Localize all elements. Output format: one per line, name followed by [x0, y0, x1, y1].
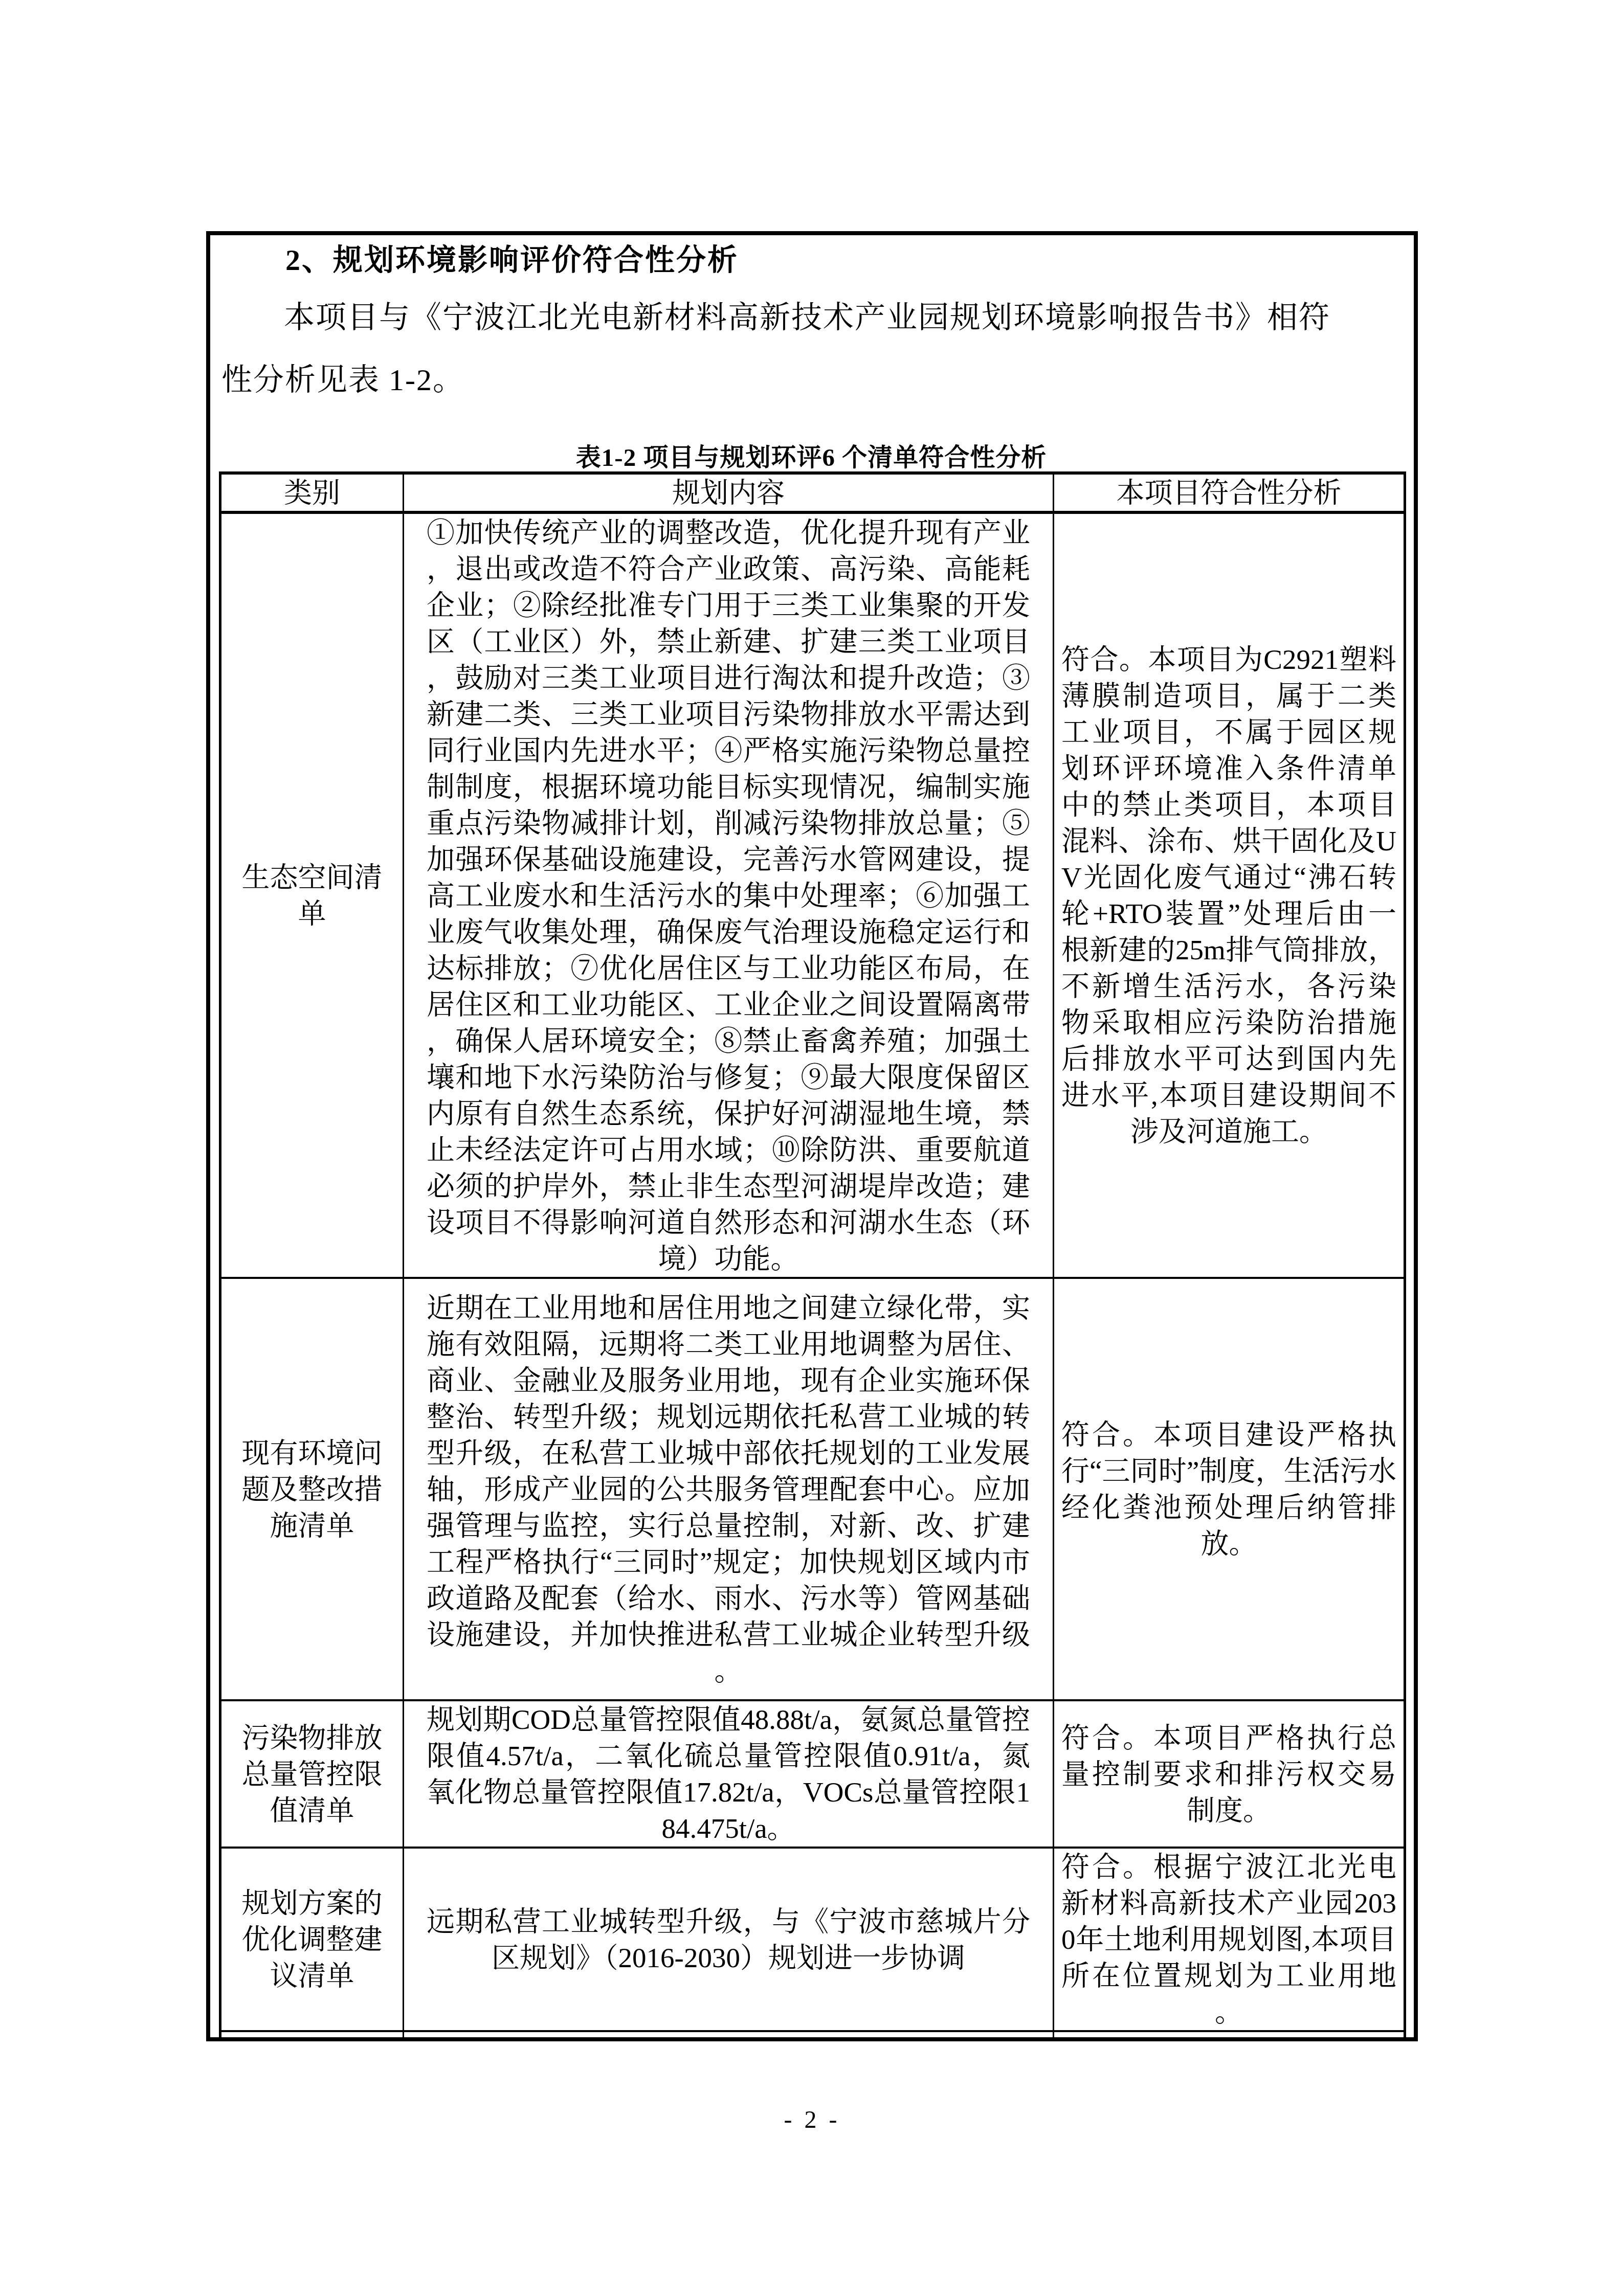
section-heading: 2、规划环境影响评价符合性分析 — [285, 242, 739, 278]
analysis-cell: 符合。根据宁波江北光电新材料高新技术产业园2030年土地利用规划图,本项目所在位… — [1054, 1848, 1405, 2031]
category-cell: 环境准入条 — [220, 2031, 404, 2041]
table-row-total-emission-limits: 污染物排放总量管控限值清单 规划期COD总量管控限值48.88t/a，氨氮总量管… — [220, 1700, 1405, 1848]
planning-content-cell: ①产业一：禁止发展的二类工业项目，包括：27 — [404, 2031, 1054, 2041]
report-page-frame: 2、规划环境影响评价符合性分析 本项目与《宁波江北光电新材料高新技术产业园规划环… — [206, 231, 1418, 2041]
planning-content-cell: 规划期COD总量管控限值48.88t/a，氨氮总量管控限值4.57t/a，二氧化… — [404, 1700, 1054, 1848]
category-cell: 生态空间清单 — [220, 512, 404, 1278]
intro-paragraph-line-2: 性分析见表 1-2。 — [221, 360, 1405, 400]
page-number: - 2 - — [0, 2106, 1624, 2134]
table-row-plan-optimization: 规划方案的优化调整建议清单 远期私营工业城转型升级，与《宁波市慈城片分区规划》（… — [220, 1848, 1405, 2031]
category-cell: 污染物排放总量管控限值清单 — [220, 1700, 404, 1848]
analysis-cell: 符合。本项目建设严格执行“三同时”制度，生活污水经化粪池预处理后纳管排放。 — [1054, 1278, 1405, 1700]
intro-paragraph-line-1: 本项目与《宁波江北光电新材料高新技术产业园规划环境影响报告书》相符 — [221, 298, 1405, 337]
table-row-environmental-access: 环境准入条 ①产业一：禁止发展的二类工业项目，包括：27 符合。本项目为C292… — [220, 2031, 1405, 2041]
header-cell-analysis: 本项目符合性分析 — [1054, 473, 1405, 512]
table-row-existing-problems: 现有环境问题及整改措施清单 近期在工业用地和居住用地之间建立绿化带，实施有效阻隔… — [220, 1278, 1405, 1700]
analysis-cell: 符合。本项目严格执行总量控制要求和排污权交易制度。 — [1054, 1700, 1405, 1848]
header-cell-planning-content: 规划内容 — [404, 473, 1054, 512]
planning-content-cell: 近期在工业用地和居住用地之间建立绿化带，实施有效阻隔，远期将二类工业用地调整为居… — [404, 1278, 1054, 1700]
compliance-analysis-table: 类别 规划内容 本项目符合性分析 生态空间清单 ①加快传统产业的调整改造，优化提… — [219, 471, 1406, 2041]
table-title: 表1-2 项目与规划环评6 个清单符合性分析 — [219, 438, 1404, 474]
planning-content-cell: ①加快传统产业的调整改造，优化提升现有产业，退出或改造不符合产业政策、高污染、高… — [404, 512, 1054, 1278]
table-header-row: 类别 规划内容 本项目符合性分析 — [220, 473, 1405, 512]
analysis-cell: 符合。本项目为C2921塑料薄膜制造项目，属于二类工业项目，不属于园区规划环评环… — [1054, 512, 1405, 1278]
planning-content-cell: 远期私营工业城转型升级，与《宁波市慈城片分区规划》（2016-2030）规划进一… — [404, 1848, 1054, 2031]
analysis-cell: 符合。本项目为C2921塑料 — [1054, 2031, 1405, 2041]
category-cell: 现有环境问题及整改措施清单 — [220, 1278, 404, 1700]
table-row-ecological-space: 生态空间清单 ①加快传统产业的调整改造，优化提升现有产业，退出或改造不符合产业政… — [220, 512, 1405, 1278]
header-cell-category: 类别 — [220, 473, 404, 512]
category-cell: 规划方案的优化调整建议清单 — [220, 1848, 404, 2031]
